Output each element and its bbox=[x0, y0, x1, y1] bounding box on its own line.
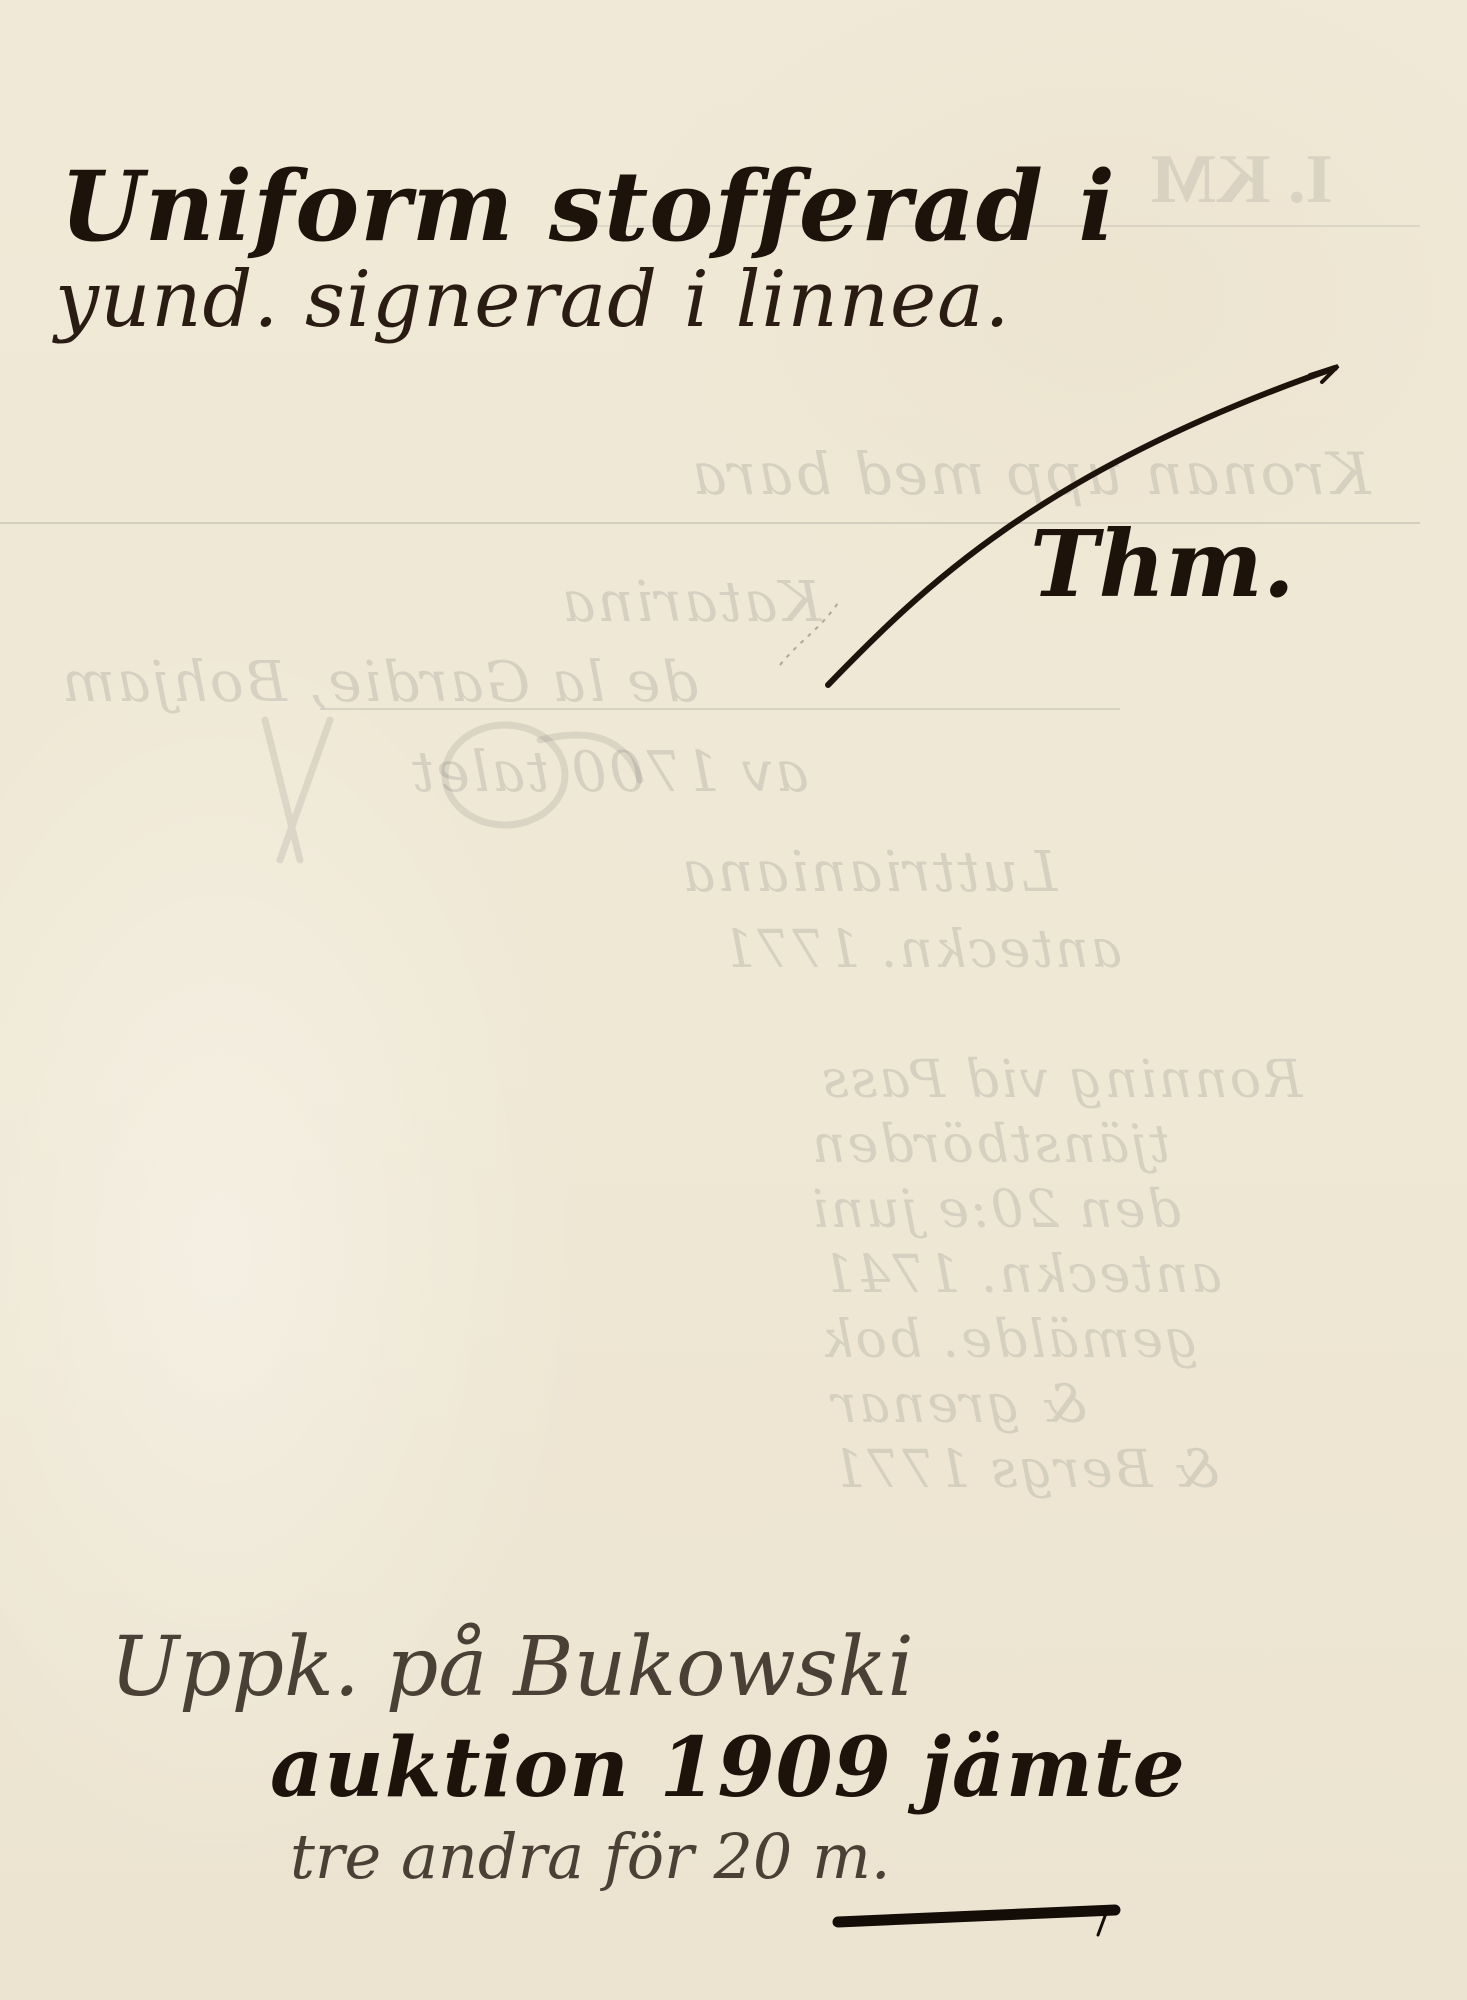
price-underline bbox=[0, 0, 1467, 2000]
